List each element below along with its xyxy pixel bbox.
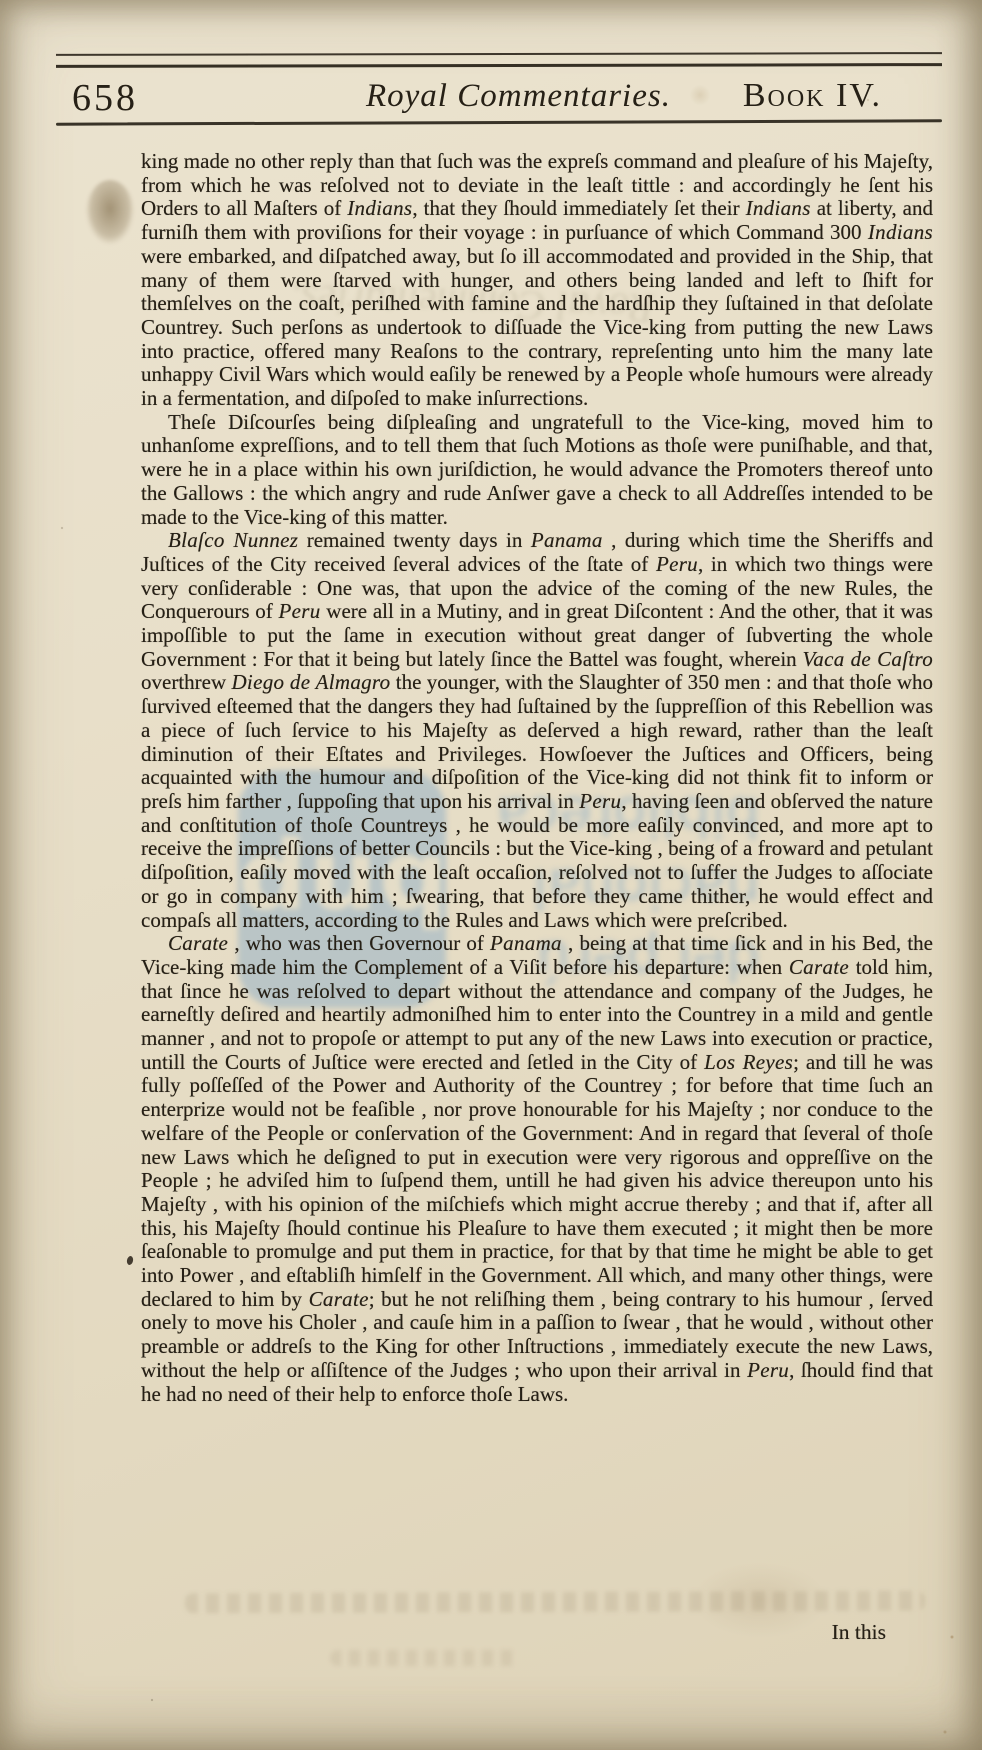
proper-name-italic: Peru [747, 1358, 789, 1382]
proper-name-italic: Panama [490, 931, 562, 955]
header-top-double-rule [56, 52, 942, 68]
proper-name-italic: Indians [347, 196, 412, 220]
text-segment: , that they ſhould immediately ſet their [412, 196, 745, 220]
header-bottom-rule [56, 119, 942, 125]
proper-name-italic: Indians [868, 220, 933, 244]
proper-name-italic: Vaca de Caſtro [802, 647, 933, 671]
margin-ink-dot [126, 1255, 134, 1265]
reverse-side-text-bleed-small [330, 1650, 520, 1666]
proper-name-italic: Carate [309, 1287, 369, 1311]
body-text: king made no other reply than that ſuch … [141, 150, 933, 1406]
proper-name-italic: Diego de Almagro [231, 670, 390, 694]
text-segment: , who was then Governour of [228, 931, 490, 955]
text-segment: overthrew [141, 670, 231, 694]
proper-name-italic: Peru [579, 789, 621, 813]
proper-name-italic: Peru [279, 599, 321, 623]
catchword: In this [832, 1620, 886, 1645]
text-segment: ; and till he was fully poſſeſſed of the… [141, 1050, 933, 1311]
paragraph: king made no other reply than that ſuch … [141, 150, 933, 411]
paragraph: Theſe Diſcourſes being diſpleaſing and u… [141, 411, 933, 530]
running-title: Royal Commentaries. [366, 78, 671, 115]
proper-name-italic: Indians [746, 196, 811, 220]
paragraph: Blaſco Nunnez remained twenty days in Pa… [141, 529, 933, 932]
proper-name-italic: Panama [531, 528, 603, 552]
proper-name-italic: Carate [168, 931, 228, 955]
paragraph: Carate , who was then Governour of Panam… [141, 932, 933, 1406]
page-number: 658 [72, 76, 138, 120]
reverse-side-text-bleed [185, 1591, 925, 1614]
text-segment: Theſe Diſcourſes being diſpleaſing and u… [141, 410, 933, 529]
book-page-scan: Royal Commentaries. bnp bibliotecanacion… [0, 0, 982, 1750]
ink-blot [86, 180, 134, 244]
book-label: Book IV. [743, 77, 882, 115]
text-segment: were embarked, and diſpatched away, but … [141, 244, 933, 410]
text-segment: remained twenty days in [298, 528, 531, 552]
proper-name-italic: Los Reyes [704, 1050, 793, 1074]
proper-name-italic: Blaſco Nunnez [168, 528, 298, 552]
proper-name-italic: Peru [656, 552, 698, 576]
proper-name-italic: Carate [789, 955, 849, 979]
